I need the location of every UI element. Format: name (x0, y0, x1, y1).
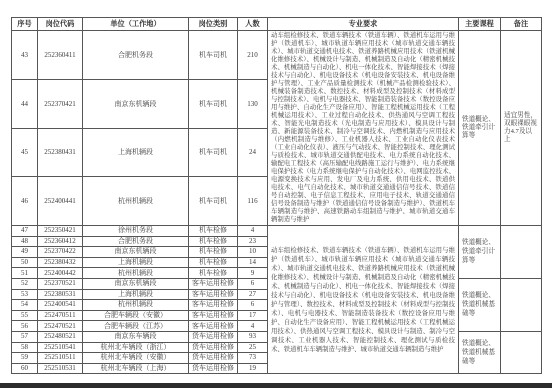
cell-unit: 杭州北车辆段（上海） (83, 363, 189, 374)
cell-category: 机车司机 (189, 177, 238, 226)
courses-block-3: 铁道概论、铁道机械基础等 (459, 278, 501, 331)
cell-category: 机车检修 (189, 268, 238, 279)
cell-seq: 55 (12, 310, 38, 321)
cell-unit: 杭州北车辆段（浙江） (83, 342, 189, 353)
cell-code: 252400441 (38, 177, 83, 226)
major-requirements-block-2: 动车组检修技术、铁道车辆技术（铁道车辆）、铁道机车运用与维护（铁道机车）、城市轨… (268, 226, 459, 374)
cell-unit: 合肥机务段 (83, 31, 189, 80)
cell-unit: 上海机辆段 (83, 289, 189, 300)
cell-seq: 47 (12, 226, 38, 237)
cell-count: 6 (238, 278, 268, 289)
cell-unit: 南京东机辆段 (83, 79, 189, 128)
cell-unit: 合肥机务段 (83, 236, 189, 247)
column-header-count: 人数 (238, 18, 268, 31)
cell-code: 252350421 (38, 226, 83, 237)
remark-block-4 (501, 331, 542, 373)
cell-unit: 上海机辆段 (83, 257, 189, 268)
cell-code: 252470511 (38, 310, 83, 321)
cell-code: 252360412 (38, 236, 83, 247)
cell-count: 130 (238, 79, 268, 128)
cell-code: 252400442 (38, 268, 83, 279)
cell-code: 252480521 (38, 331, 83, 342)
cell-seq: 58 (12, 342, 38, 353)
cell-count: 25 (238, 342, 268, 353)
cell-unit: 杭州机辆段 (83, 300, 189, 311)
cell-code: 252470521 (38, 321, 83, 332)
column-header-remark: 备注 (501, 18, 542, 31)
cell-seq: 51 (12, 268, 38, 279)
remark-block-2 (501, 226, 542, 279)
cell-code: 252360411 (38, 31, 83, 80)
cell-unit: 杭州北车辆段（安徽） (83, 353, 189, 364)
cell-seq: 57 (12, 331, 38, 342)
cell-unit: 合肥车辆段（安徽） (83, 310, 189, 321)
courses-block-4: 铁道概论、铁道机械基础等 (459, 331, 501, 373)
cell-seq: 43 (12, 31, 38, 80)
cell-count: 19 (238, 363, 268, 374)
cell-code: 252370421 (38, 79, 83, 128)
cell-count: 93 (238, 331, 268, 342)
courses-block-2: 铁道概论、铁道牵引计算等 (459, 226, 501, 279)
cell-category: 机车检修 (189, 226, 238, 237)
cell-count: 24 (238, 128, 268, 177)
cell-count: 116 (238, 177, 268, 226)
cell-category: 机车司机 (189, 79, 238, 128)
cell-code: 252510531 (38, 363, 83, 374)
cell-count: 27 (238, 289, 268, 300)
recruitment-positions-table: 序号 岗位代码 单位（工作地） 岗位类别 人数 专业要求 主要课程 备注 432… (11, 17, 542, 374)
cell-seq: 46 (12, 177, 38, 226)
column-header-courses: 主要课程 (459, 18, 501, 31)
table-row: 43252360411合肥机务段机车司机210动车组检修技术、铁道车辆技术（铁道… (12, 31, 542, 80)
cell-unit: 南京东车辆段 (83, 331, 189, 342)
cell-seq: 60 (12, 363, 38, 374)
cell-category: 机车检修 (189, 247, 238, 258)
column-header-code: 岗位代码 (38, 18, 83, 31)
major-requirements-block-1: 动车组检修技术、铁道车辆技术（铁道车辆）、铁道机车运用与维护（铁道机车）、城市轨… (268, 31, 459, 226)
cell-count: 4 (238, 226, 268, 237)
page-bottom-edge (0, 383, 552, 388)
cell-unit: 徐州机务段 (83, 226, 189, 237)
cell-unit: 杭州机辆段 (83, 268, 189, 279)
cell-unit: 合肥车辆段（江苏） (83, 321, 189, 332)
column-header-seq: 序号 (12, 18, 38, 31)
cell-seq: 54 (12, 300, 38, 311)
cell-category: 机车检修 (189, 257, 238, 268)
cell-unit: 南京东机辆段 (83, 278, 189, 289)
cell-seq: 56 (12, 321, 38, 332)
cell-count: 23 (238, 236, 268, 247)
cell-seq: 49 (12, 247, 38, 258)
cell-category: 客车运用检修 (189, 300, 238, 311)
remark-block-3 (501, 278, 542, 331)
cell-code: 252400541 (38, 300, 83, 311)
cell-category: 机车司机 (189, 31, 238, 80)
remark-block-1: 适宜男性，双眼裸眼视力4.7及以上 (501, 31, 542, 226)
cell-category: 客车运用检修 (189, 278, 238, 289)
cell-code: 252370422 (38, 247, 83, 258)
cell-code: 252510511 (38, 353, 83, 364)
cell-code: 252370521 (38, 278, 83, 289)
cell-count: 73 (238, 353, 268, 364)
cell-category: 货车运用检修 (189, 353, 238, 364)
cell-seq: 45 (12, 128, 38, 177)
cell-category: 货车运用检修 (189, 342, 238, 353)
table-row: 47252350421徐州机务段机车检修4动车组检修技术、铁道车辆技术（铁道车辆… (12, 226, 542, 237)
cell-count: 17 (238, 310, 268, 321)
cell-category: 客车运用检修 (189, 310, 238, 321)
column-header-unit: 单位（工作地） (83, 18, 189, 31)
cell-unit: 上海机辆段 (83, 128, 189, 177)
cell-count: 14 (238, 257, 268, 268)
cell-count: 6 (238, 300, 268, 311)
cell-category: 货车运用检修 (189, 363, 238, 374)
cell-category: 客车运用检修 (189, 321, 238, 332)
cell-code: 252510541 (38, 342, 83, 353)
cell-seq: 52 (12, 278, 38, 289)
cell-category: 机车司机 (189, 128, 238, 177)
cell-code: 252380431 (38, 128, 83, 177)
cell-seq: 44 (12, 79, 38, 128)
courses-block-1: 铁道概论、铁道牵引计算等 (459, 31, 501, 226)
cell-category: 机车检修 (189, 236, 238, 247)
column-header-category: 岗位类别 (189, 18, 238, 31)
cell-code: 252380531 (38, 289, 83, 300)
cell-count: 10 (238, 247, 268, 258)
cell-seq: 53 (12, 289, 38, 300)
cell-count: 210 (238, 31, 268, 80)
cell-seq: 48 (12, 236, 38, 247)
cell-code: 252380432 (38, 257, 83, 268)
cell-unit: 杭州机辆段 (83, 177, 189, 226)
cell-seq: 50 (12, 257, 38, 268)
cell-unit: 南京东机辆段 (83, 247, 189, 258)
cell-category: 客车运用检修 (189, 289, 238, 300)
table-header-row: 序号 岗位代码 单位（工作地） 岗位类别 人数 专业要求 主要课程 备注 (12, 18, 542, 31)
cell-count: 9 (238, 268, 268, 279)
column-header-major-requirements: 专业要求 (268, 18, 459, 31)
cell-count: 4 (238, 321, 268, 332)
cell-category: 货车运用检修 (189, 331, 238, 342)
cell-seq: 59 (12, 353, 38, 364)
